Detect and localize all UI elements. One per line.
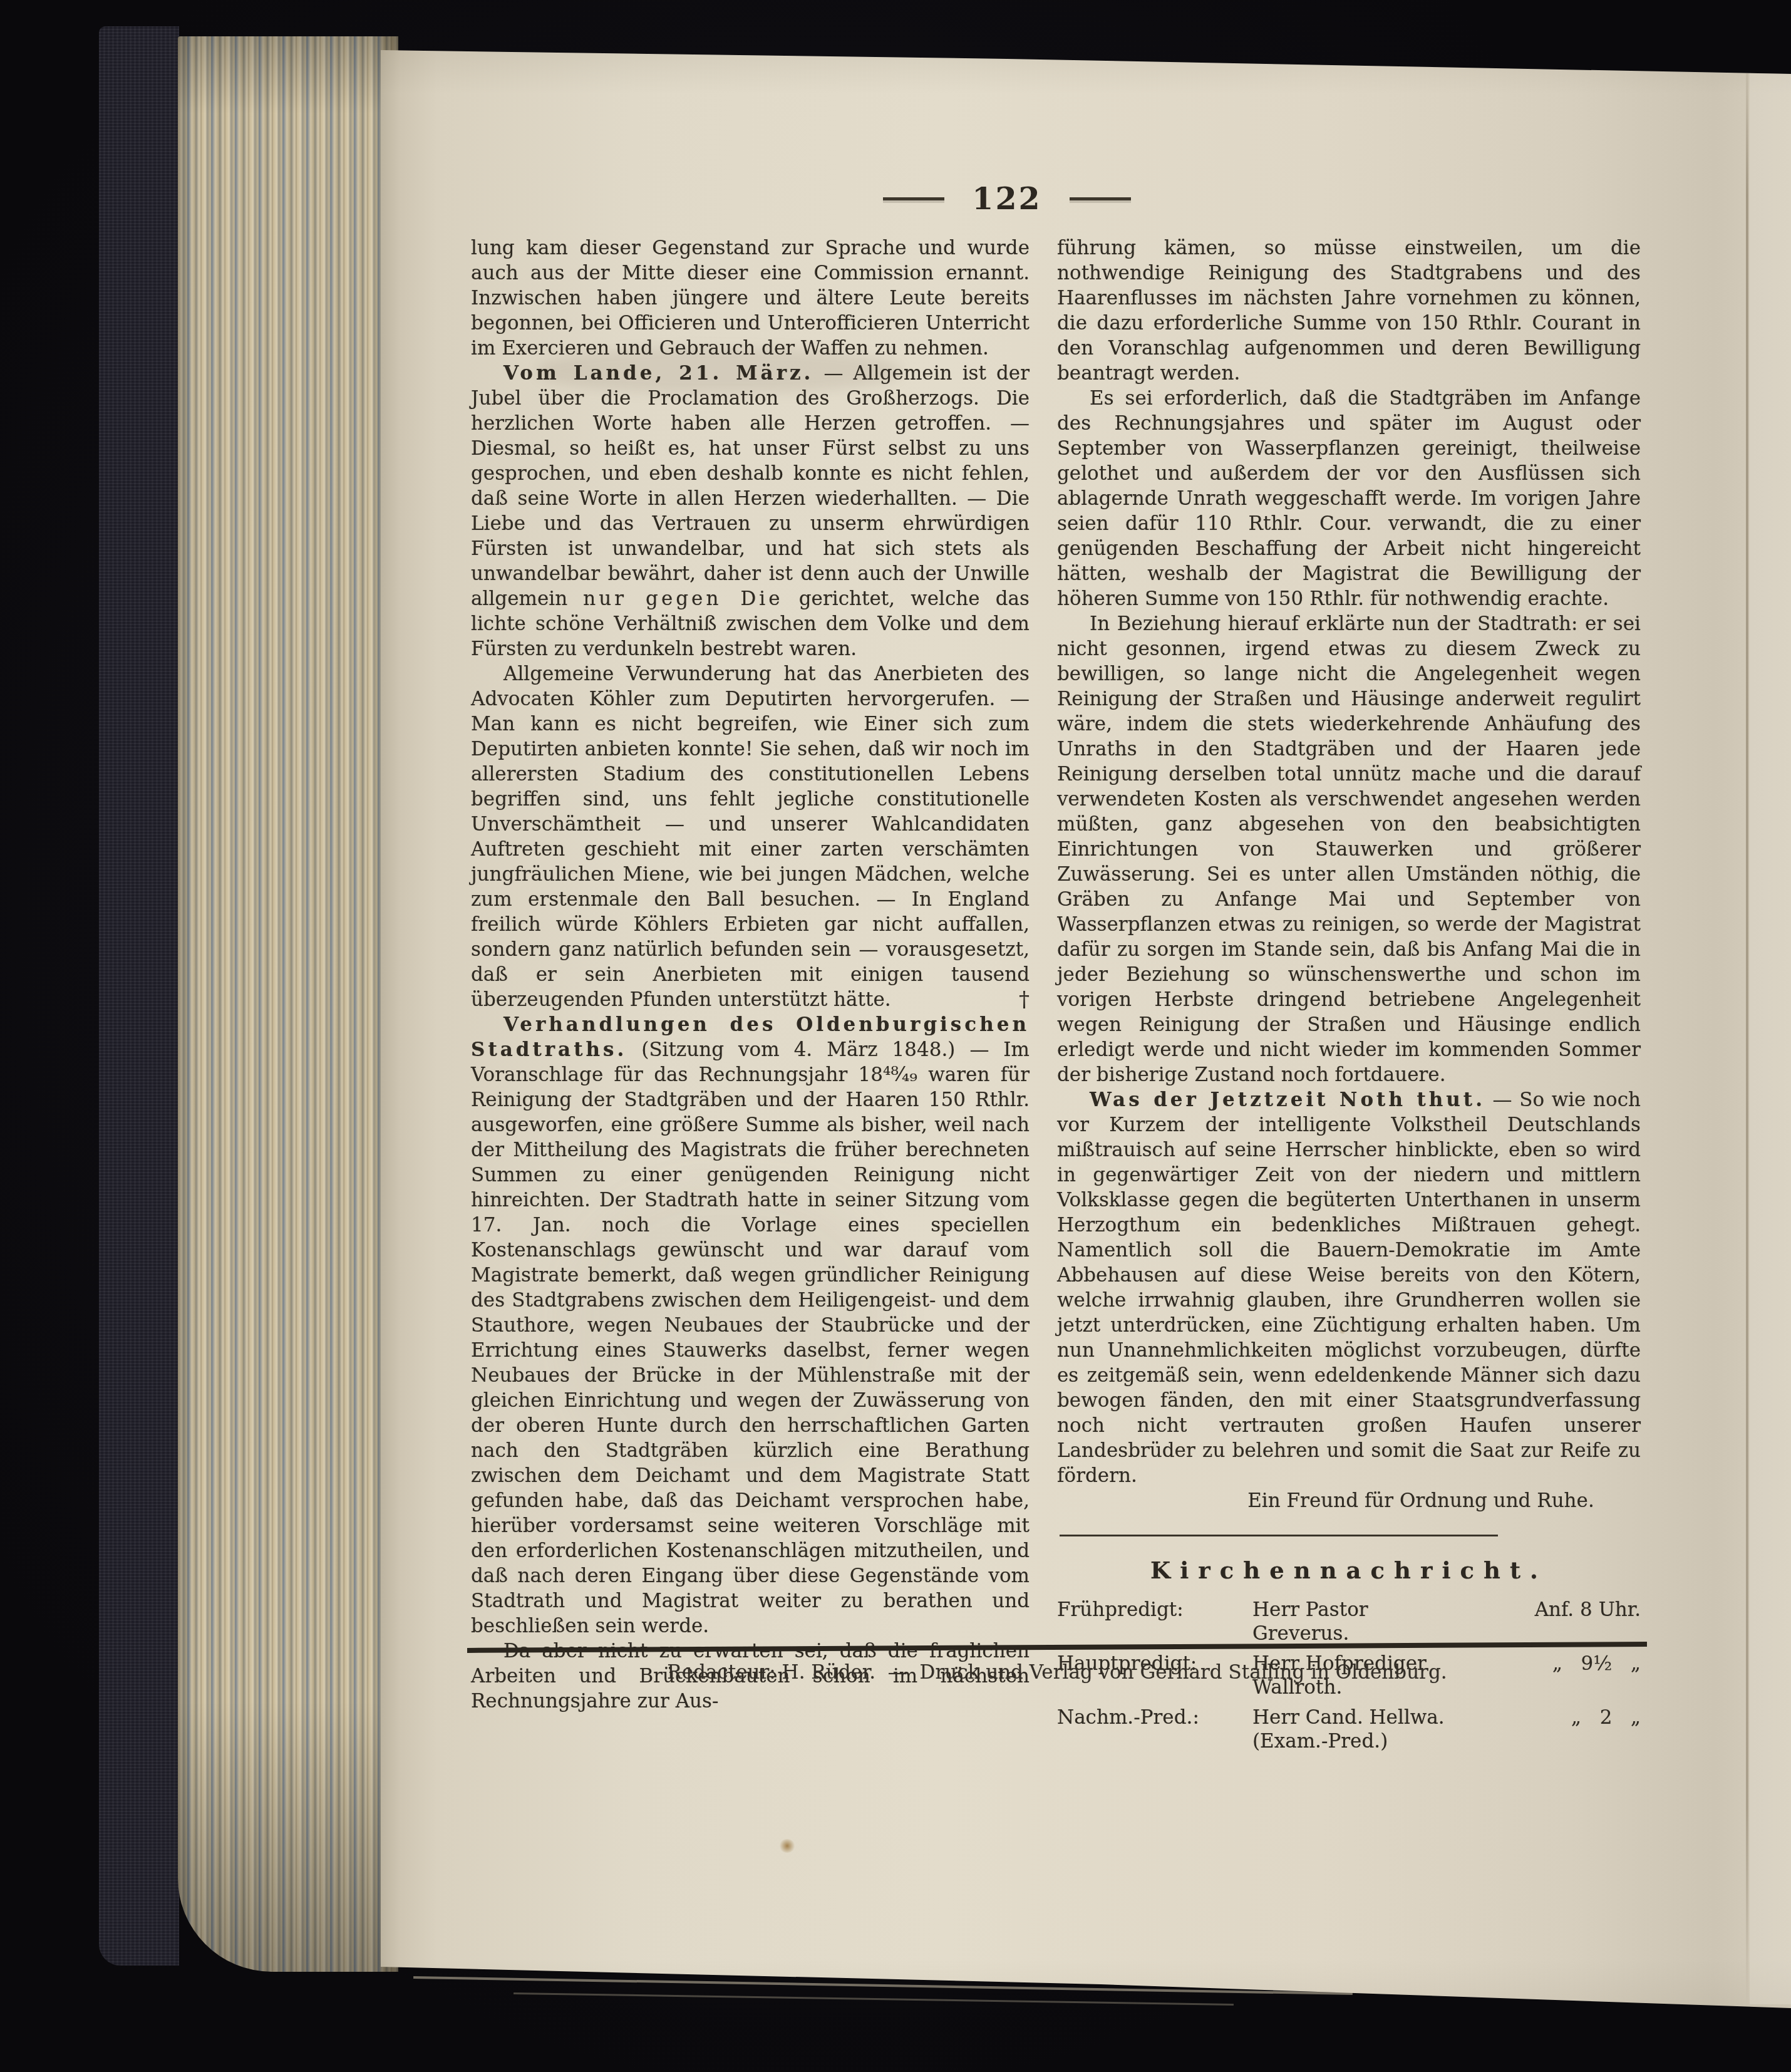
left-text-column: lung kam dieser Gegenstand zur Sprache u… — [471, 236, 1030, 1714]
paragraph-continuation: lung kam dieser Gegenstand zur Sprache u… — [471, 236, 1030, 361]
underlying-page-edge — [514, 1992, 1234, 2006]
page-stack-fore-edge — [178, 36, 398, 1972]
service-label: Frühpredigt: — [1057, 1598, 1252, 1645]
imprint-line: Redacteur: H. Rüder. — Druck und Verlag … — [467, 1661, 1647, 1684]
paragraph-vom-lande: Vom Lande, 21. März. — Allgemein ist der… — [471, 361, 1030, 661]
paragraph-es-sei: Es sei erforderlich, daß die Stadtgräben… — [1057, 386, 1641, 611]
paragraph-text: Allgemeine Verwunderung hat das Anerbiet… — [471, 663, 1030, 1011]
paragraph-in-beziehung: In Beziehung hierauf erklärte nun der St… — [1057, 611, 1641, 1087]
right-text-column: führung kämen, so müsse einstweilen, um … — [1057, 236, 1641, 1753]
scan-background: 122 lung kam dieser Gegenstand zur Sprac… — [0, 0, 1791, 2072]
service-time: Anf. 8 Uhr. — [1453, 1598, 1641, 1645]
paragraph-jetztzeit: Was der Jetztzeit Noth thut. — So wie no… — [1057, 1087, 1641, 1488]
page-header: 122 — [875, 180, 1138, 217]
page-fold-crease — [1746, 38, 1748, 2004]
page-fold-strip — [1750, 38, 1791, 2004]
table-row: Nachm.-Pred.: Herr Cand. Hellwa. (Exam.-… — [1057, 1706, 1641, 1753]
preacher-name: Herr Cand. Hellwa. (Exam.-Pred.) — [1252, 1706, 1453, 1753]
header-rule-right — [1070, 197, 1131, 200]
church-news-title: Kirchennachricht. — [1057, 1558, 1641, 1583]
emphasized-text: nur gegen Die — [583, 588, 783, 610]
table-row: Frühpredigt: Herr Pastor Greverus. Anf. … — [1057, 1598, 1641, 1645]
section-divider-rule — [1060, 1535, 1498, 1536]
paragraph-continuation: führung kämen, so müsse einstweilen, um … — [1057, 236, 1641, 386]
page-number: 122 — [972, 180, 1041, 217]
paragraph-lead: Was der Jetztzeit Noth thut. — [1090, 1089, 1485, 1111]
paragraph-lead: Vom Lande, 21. März. — [503, 362, 813, 385]
paragraph-text: (Sitzung vom 4. März 1848.) — Im Voransc… — [471, 1039, 1030, 1637]
service-time: „ 2 „ — [1453, 1706, 1641, 1753]
paragraph-text: — So wie noch vor Kurzem der intelligent… — [1057, 1089, 1641, 1487]
newspaper-page: 122 lung kam dieser Gegenstand zur Sprac… — [381, 0, 1791, 2072]
paragraph-koehler: Allgemeine Verwunderung hat das Anerbiet… — [471, 661, 1030, 1012]
foxing-stain — [779, 1839, 795, 1853]
signature-line: Ein Freund für Ordnung und Ruhe. — [1057, 1488, 1641, 1513]
service-label: Nachm.-Pred.: — [1057, 1706, 1252, 1753]
book-cover-edge — [99, 26, 179, 1966]
paragraph-stadtrath: Verhandlungen des Oldenburgischen Stadtr… — [471, 1012, 1030, 1639]
header-rule-left — [883, 197, 944, 200]
preacher-name: Herr Pastor Greverus. — [1252, 1598, 1453, 1645]
dagger-mark: † — [986, 987, 1030, 1012]
paragraph-text: — Allgemein ist der Jubel über die Procl… — [471, 362, 1030, 610]
